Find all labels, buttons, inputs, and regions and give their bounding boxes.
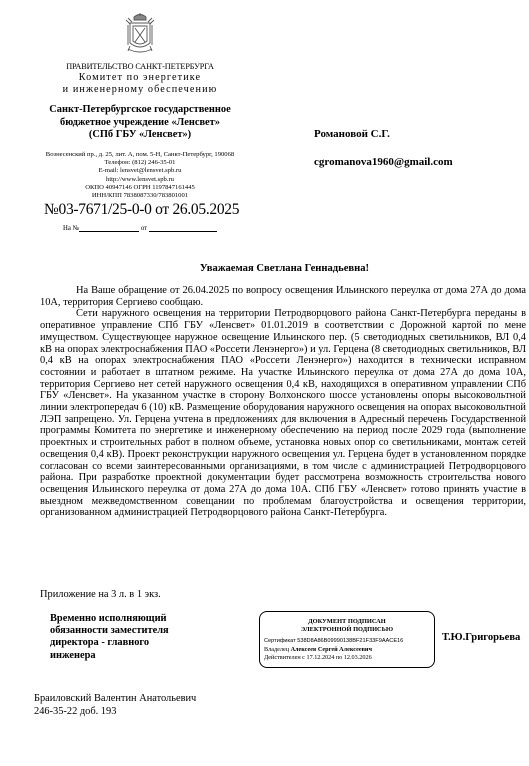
stamp-owner: Владелец Алексеев Сергей Алексеевич	[264, 646, 372, 653]
signer-name: Т.Ю.Григорьева	[442, 632, 520, 643]
stamp-validity: Действителен с 17.12.2024 по 12.03.2026	[264, 654, 372, 661]
org-line: Санкт-Петербургское государственное	[40, 104, 240, 117]
ref-date-blank	[149, 224, 217, 232]
owner-name: Алексеев Сергей Алексеевич	[291, 646, 372, 653]
reference-line: На № от	[63, 224, 217, 232]
position-line: Временно исполняющий	[50, 613, 230, 625]
ref-prefix: На №	[63, 225, 79, 232]
position-line: обязанности заместителя	[50, 625, 230, 637]
position-line: инженера	[50, 650, 230, 662]
org-line: бюджетное учреждение «Ленсвет»	[40, 117, 240, 130]
recipient-email[interactable]: cgromanova1960@gmail.com	[314, 156, 453, 168]
stamp-title-line: ЭЛЕКТРОННОЙ ПОДПИСЬЮ	[260, 626, 434, 634]
website-link[interactable]: http://www.lensvet.spb.ru	[20, 176, 260, 184]
signer-position: Временно исполняющий обязанности замести…	[50, 613, 230, 662]
address: Вознесенский пр., д. 25, лит. А, пом. 5-…	[20, 151, 260, 159]
paragraph: Сети наружного освещения на территории П…	[40, 308, 526, 519]
executor-info: Браиловский Валентин Анатольевич 246-35-…	[34, 693, 196, 718]
coat-of-arms-icon	[120, 13, 160, 57]
organization-name: Санкт-Петербургское государственное бюдж…	[40, 104, 240, 142]
org-line: (СПб ГБУ «Ленсвет»)	[40, 129, 240, 142]
executor-phone: 246-35-22 доб. 193	[34, 706, 196, 719]
stamp-title: ДОКУМЕНТ ПОДПИСАН ЭЛЕКТРОННОЙ ПОДПИСЬЮ	[260, 618, 434, 633]
stamp-title-line: ДОКУМЕНТ ПОДПИСАН	[260, 618, 434, 626]
executor-name: Браиловский Валентин Анатольевич	[34, 693, 196, 706]
e-signature-stamp: ДОКУМЕНТ ПОДПИСАН ЭЛЕКТРОННОЙ ПОДПИСЬЮ С…	[259, 611, 435, 668]
stamp-certificate: Сертификат 538D8A86B09990138BF21F33F9AAC…	[264, 638, 403, 644]
attachment-note: Приложение на 3 л. в 1 экз.	[40, 589, 161, 600]
committee-line: Комитет по энергетике	[40, 72, 240, 84]
email-link[interactable]: E-mail: lensvet@lensvet.spb.ru	[20, 167, 260, 175]
paragraph: На Ваше обращение от 26.04.2025 по вопро…	[40, 285, 526, 308]
okpo-ogrn: ОКПО 40947146 ОГРН 1197847161445	[20, 184, 260, 192]
committee-name: Комитет по энергетике и инженерному обес…	[40, 72, 240, 95]
ref-number-blank	[79, 224, 139, 232]
phone: Телефон: (812) 246-35-01	[20, 159, 260, 167]
letter-body: На Ваше обращение от 26.04.2025 по вопро…	[40, 285, 526, 519]
government-name: ПРАВИТЕЛЬСТВО САНКТ-ПЕТЕРБУРГА	[40, 62, 240, 71]
position-line: директора - главного	[50, 637, 230, 649]
owner-label: Владелец	[264, 646, 289, 653]
registration-number: №03-7671/25-0-0 от 26.05.2025	[44, 201, 239, 219]
org-contacts: Вознесенский пр., д. 25, лит. А, пом. 5-…	[20, 151, 260, 200]
ref-from: от	[141, 225, 147, 232]
inn-kpp: ИНН/КПП 7838087330/783801001	[20, 192, 260, 200]
committee-line: и инженерному обеспечению	[40, 84, 240, 96]
recipient-name: Романовой С.Г.	[314, 128, 390, 140]
greeting: Уважаемая Светлана Геннадьевна!	[40, 263, 529, 274]
